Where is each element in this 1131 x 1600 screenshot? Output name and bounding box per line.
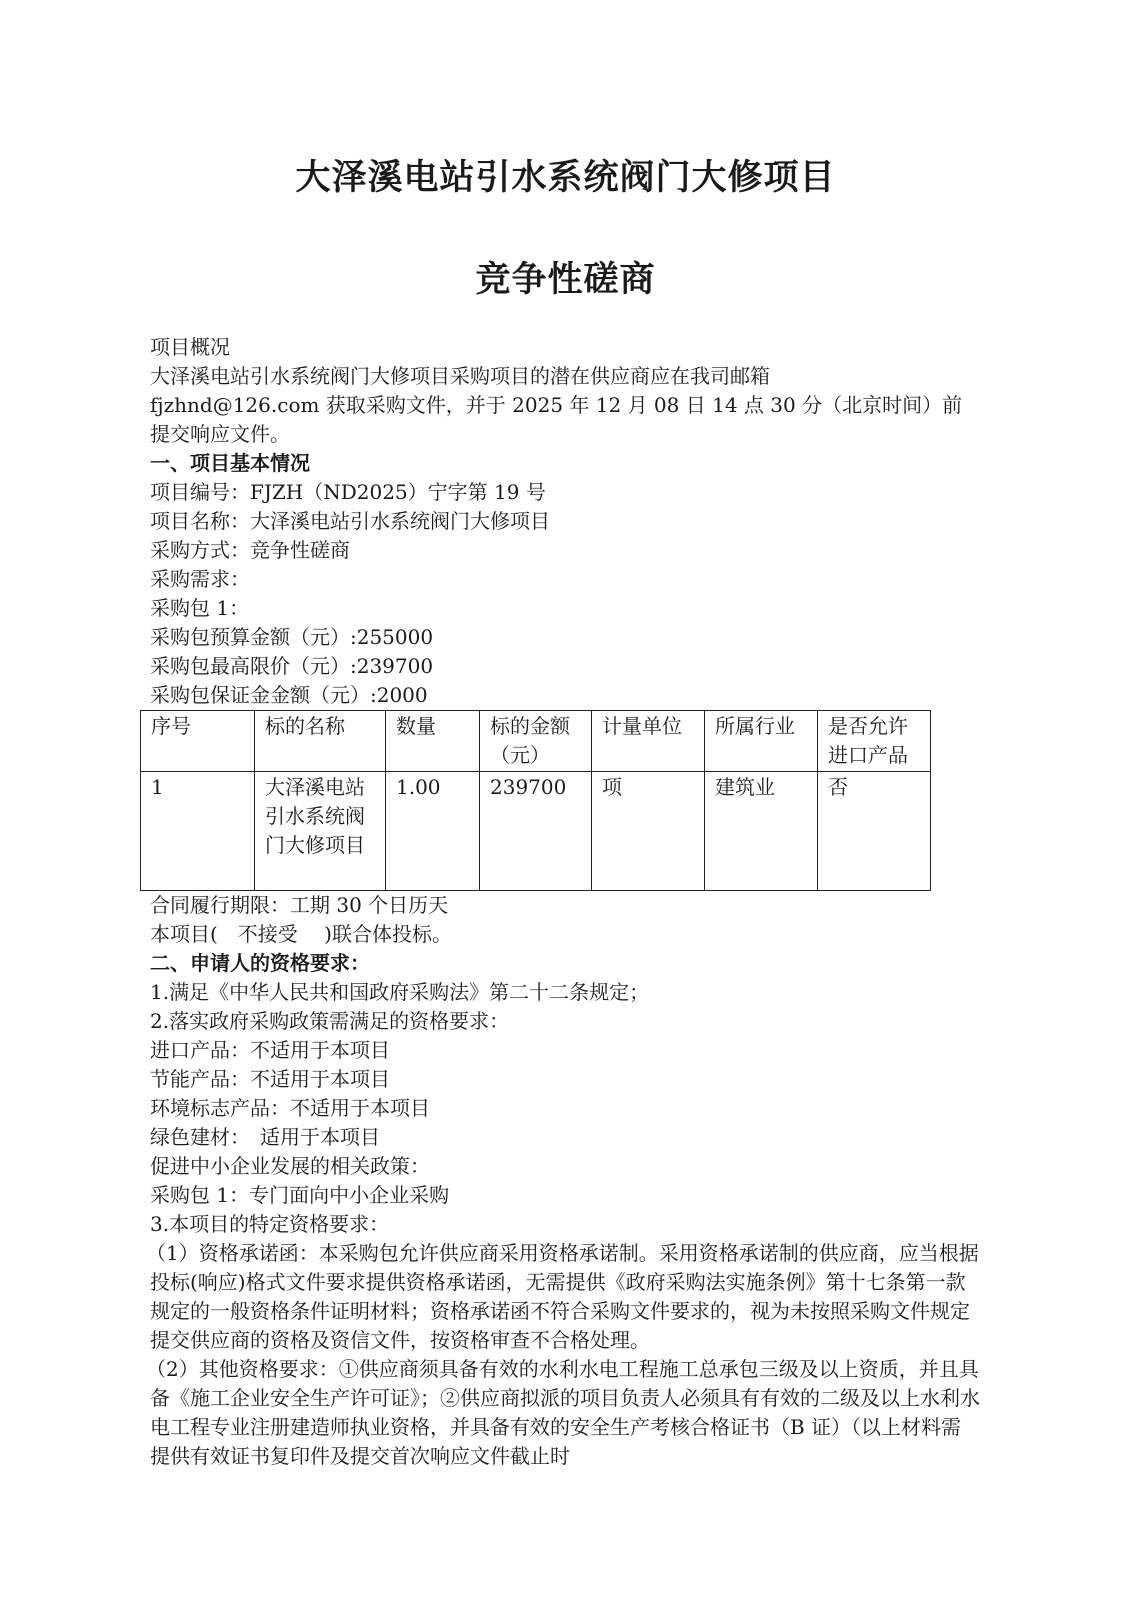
package-max-price: 采购包最高限价（元）:239700 — [150, 652, 980, 681]
table-cell: 建筑业 — [705, 772, 818, 891]
table-cell: 否 — [818, 772, 931, 891]
consortium-note: 本项目( 不接受 )联合体投标。 — [150, 920, 980, 949]
table-cell: 239700 — [480, 772, 592, 891]
procurement-package: 采购包 1： — [150, 594, 980, 623]
overview-line-2: fjzhnd@126.com 获取采购文件，并于 2025 年 12 月 08 … — [150, 391, 980, 420]
procurement-method: 采购方式：竞争性磋商 — [150, 536, 980, 565]
requirement-other: （2）其他资格要求：①供应商须具备有效的水利水电工程施工总承包三级及以上资质，并… — [150, 1355, 980, 1471]
overview-line-3: 提交响应文件。 — [150, 420, 980, 449]
contract-period: 合同履行期限：工期 30 个日历天 — [150, 891, 980, 920]
table-cell: 大泽溪电站引水系统阀门大修项目 — [255, 772, 386, 891]
table-header-cell: 序号 — [141, 711, 255, 772]
table-header-cell: 标的名称 — [255, 711, 386, 772]
energy-products: 节能产品：不适用于本项目 — [150, 1065, 980, 1094]
section1-heading: 一、项目基本情况 — [150, 449, 980, 478]
package-deposit: 采购包保证金金额（元）:2000 — [150, 681, 980, 710]
table-header-cell: 标的金额（元） — [480, 711, 592, 772]
env-products: 环境标志产品：不适用于本项目 — [150, 1094, 980, 1123]
requirement-item-1: 1.满足《中华人民共和国政府采购法》第二十二条规定； — [150, 978, 980, 1007]
table-header-cell: 数量 — [386, 711, 480, 772]
table-header-cell: 计量单位 — [592, 711, 705, 772]
project-number: 项目编号：FJZH（ND2025）宁字第 19 号 — [150, 478, 980, 507]
overview-heading: 项目概况 — [150, 333, 980, 362]
table-header-cell: 是否允许进口产品 — [818, 711, 931, 772]
table-cell: 1 — [141, 772, 255, 891]
requirement-commitment-letter: （1）资格承诺函：本采购包允许供应商采用资格承诺制。采用资格承诺制的供应商，应当… — [150, 1239, 980, 1355]
overview-line-1: 大泽溪电站引水系统阀门大修项目采购项目的潜在供应商应在我司邮箱 — [150, 362, 980, 391]
sme-package: 采购包 1：专门面向中小企业采购 — [150, 1181, 980, 1210]
green-materials: 绿色建材： 适用于本项目 — [150, 1123, 980, 1152]
table-cell: 1.00 — [386, 772, 480, 891]
table-header-row: 序号 标的名称 数量 标的金额（元） 计量单位 所属行业 是否允许进口产品 — [141, 711, 931, 772]
table-cell: 项 — [592, 772, 705, 891]
import-products: 进口产品：不适用于本项目 — [150, 1036, 980, 1065]
document-subtitle: 竞争性磋商 — [0, 252, 1131, 302]
document-body: 项目概况 大泽溪电站引水系统阀门大修项目采购项目的潜在供应商应在我司邮箱 fjz… — [150, 333, 980, 1471]
sme-policy: 促进中小企业发展的相关政策： — [150, 1152, 980, 1181]
procurement-demand: 采购需求： — [150, 565, 980, 594]
package-budget: 采购包预算金额（元）:255000 — [150, 623, 980, 652]
items-table: 序号 标的名称 数量 标的金额（元） 计量单位 所属行业 是否允许进口产品 1 … — [140, 710, 931, 891]
requirement-item-2: 2.落实政府采购政策需满足的资格要求： — [150, 1007, 980, 1036]
document-title: 大泽溪电站引水系统阀门大修项目 — [0, 150, 1131, 200]
section2-heading: 二、申请人的资格要求： — [150, 949, 980, 978]
requirement-item-3: 3.本项目的特定资格要求： — [150, 1210, 980, 1239]
project-name: 项目名称：大泽溪电站引水系统阀门大修项目 — [150, 507, 980, 536]
table-header-cell: 所属行业 — [705, 711, 818, 772]
table-row: 1 大泽溪电站引水系统阀门大修项目 1.00 239700 项 建筑业 否 — [141, 772, 931, 891]
